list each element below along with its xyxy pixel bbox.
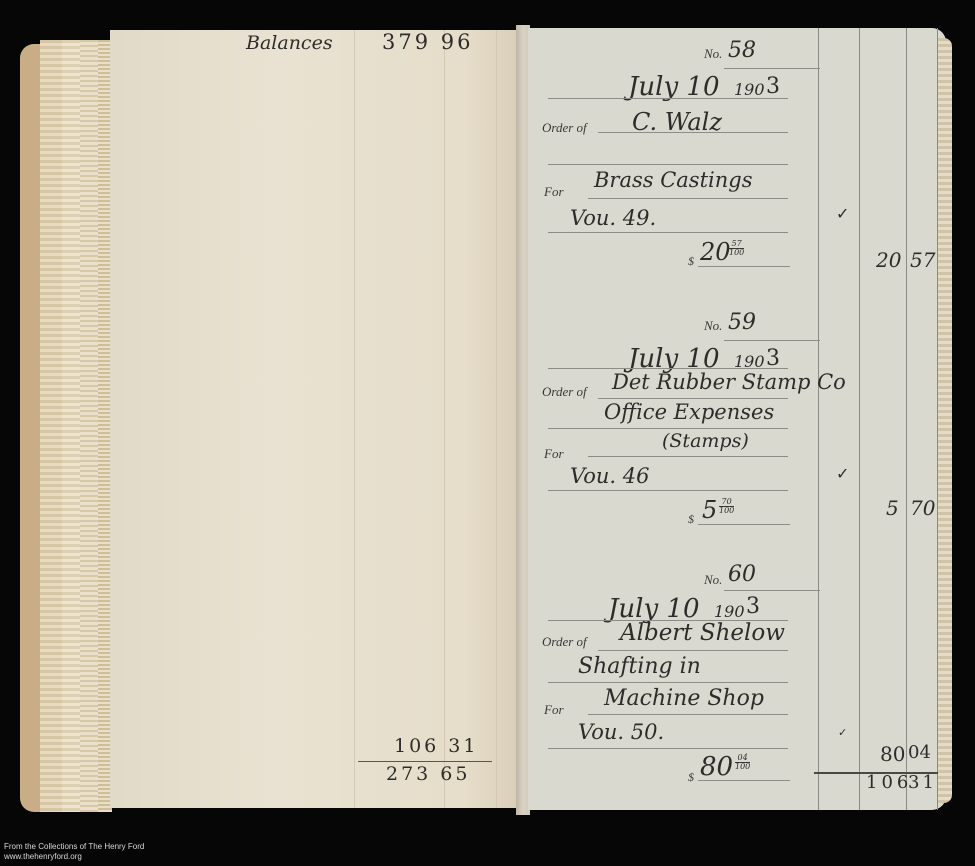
balances-label: Balances: [246, 32, 333, 54]
column-rule: [859, 28, 860, 810]
voucher: Vou. 46: [570, 464, 649, 488]
for-label: For: [544, 446, 564, 462]
voucher: Vou. 50.: [578, 720, 664, 744]
entry-no-label: No.: [704, 318, 722, 334]
check-mark: ✓: [836, 464, 849, 483]
sum-rule: [358, 761, 492, 762]
credit-line-1: From the Collections of The Henry Ford: [4, 842, 144, 852]
year-prefix: 190: [714, 602, 745, 621]
amount-cents-fraction: 70100: [719, 498, 734, 515]
order-of-label: Order of: [542, 634, 587, 650]
column-total-cents: 31: [908, 772, 937, 793]
for-line: Office Expenses: [604, 400, 774, 424]
column-dollars: 80: [880, 742, 905, 766]
amount-cents-fraction: 57100: [729, 240, 744, 257]
check-mark: ✓: [838, 726, 847, 739]
added-amount: 106 31: [394, 735, 478, 757]
amount-dollars: 20: [700, 238, 731, 266]
year-suffix: 3: [746, 594, 760, 619]
entry-no-label: No.: [704, 46, 722, 62]
column-cents: 57: [910, 248, 935, 272]
year-suffix: 3: [766, 74, 780, 99]
for-label: For: [544, 702, 564, 718]
order-of-label: Order of: [542, 120, 587, 136]
voucher: Vou. 49.: [570, 206, 656, 230]
column-rule: [906, 28, 907, 810]
total-amount: 273 65: [386, 763, 470, 785]
collection-credit: From the Collections of The Henry Ford w…: [4, 842, 144, 862]
payee: Det Rubber Stamp Co: [612, 370, 846, 394]
entry-no: 58: [728, 38, 756, 63]
column-cents: 70: [910, 496, 935, 520]
year-prefix: 190: [734, 80, 765, 99]
amount-cents-fraction: 04100: [735, 754, 750, 771]
for-label: For: [544, 184, 564, 200]
amount-dollars: 5: [702, 496, 717, 524]
column-dollars: 5: [886, 496, 899, 520]
left-ledger-page: Balances 379 96 106 31 273 65: [110, 30, 528, 808]
order-of-label: Order of: [542, 384, 587, 400]
column-rule: [354, 30, 355, 808]
column-rule: [818, 28, 819, 810]
check-mark: ✓: [836, 204, 849, 223]
for-line: Machine Shop: [604, 686, 764, 711]
payee: Albert Shelow: [620, 620, 785, 646]
for-line: Brass Castings: [594, 168, 752, 192]
for-line: Shafting in: [578, 654, 701, 679]
entry-no-label: No.: [704, 572, 722, 588]
amount-dollars: 80: [700, 752, 733, 782]
for-line: (Stamps): [662, 430, 749, 452]
balances-amount: 379 96: [382, 30, 473, 54]
column-cents: 04: [908, 742, 931, 763]
entry-no: 60: [728, 562, 756, 587]
credit-url: www.thehenryford.org: [4, 852, 144, 862]
column-dollars: 20: [876, 248, 901, 272]
column-rule: [496, 30, 497, 808]
column-total-dollars: 106: [866, 772, 912, 793]
column-rule: [444, 30, 445, 808]
right-ledger-page: No. 58 July 10 190 3 Order of C. Walz Fo…: [528, 28, 946, 810]
entry-no: 59: [728, 310, 756, 335]
right-page-edge: [938, 38, 952, 803]
